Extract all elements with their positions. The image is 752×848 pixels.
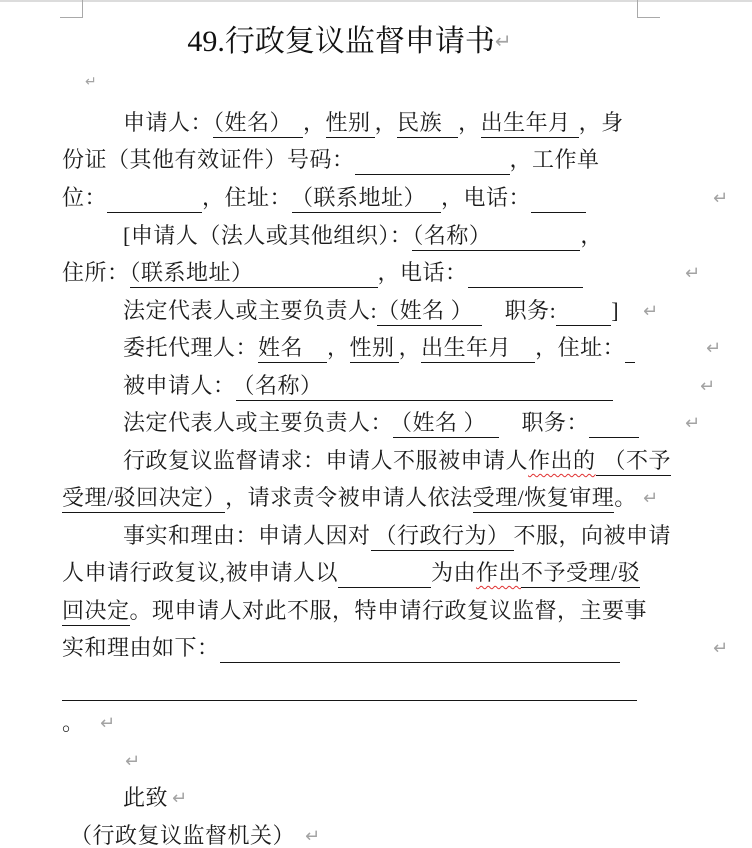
text-run: 申请人： (123, 110, 213, 135)
document-line-10: 法定代表人或主要负责人：（姓名 ） 职务：​↵ (123, 405, 639, 443)
fill-in-blank: ​ (531, 185, 586, 213)
text-run: ] (611, 298, 619, 323)
document-line-11: 行政复议监督请求：申请人不服被申请人作出的（不予 (123, 443, 671, 481)
paragraph-mark-icon: ↵ (700, 372, 715, 401)
text-run: 职务: (482, 298, 556, 323)
fill-in-blank: ​ (220, 635, 620, 663)
text-run: 委托代理人： (123, 335, 258, 360)
text-run: ， (375, 110, 398, 135)
text-boundary-mark-top-right (637, 0, 660, 18)
paragraph-mark-icon: ↵ (643, 484, 658, 513)
fill-in-blank: ​ (468, 260, 583, 288)
document-line-4: 位：​，住址：（联系地址），电话：​↵ (62, 180, 586, 218)
paragraph-mark-icon: ↵ (713, 634, 728, 663)
document-line-18: 。↵ (62, 705, 85, 743)
underlined-field-text: 出生年月 (481, 110, 579, 138)
document-line-3: 份证（其他有效证件）号码：​，工作单 (62, 142, 600, 180)
text-run: 行政复议监督请求：申请人不服被申请人 (123, 448, 528, 473)
text-run: ， (458, 110, 481, 135)
paragraph-mark-icon: ↵ (685, 409, 700, 438)
text-run: 法定代表人或主要负责人: (123, 298, 377, 323)
document-line-17: ​ (62, 668, 637, 706)
paragraph-mark-icon: ↵ (172, 784, 187, 813)
text-run: ， (580, 223, 603, 248)
text-run: ，电话： (441, 185, 531, 210)
underlined-field-text: 受理/驳回决定） (62, 485, 225, 513)
text-run: 位： (62, 185, 107, 210)
text-run: 份证（其他有效证件）号码： (62, 147, 355, 172)
document-line-12: 受理/驳回决定），请求责令被申请人依法受理/恢复审理。↵ (62, 480, 637, 518)
document-line-16: 实和理由如下：​↵ (62, 630, 620, 668)
text-run: ，身 (579, 110, 624, 135)
document-line-14: 人申请行政复议,被申请人以​为由作出不予受理/驳 (62, 555, 640, 593)
document-line-21: （行政复议监督机关）↵ (62, 818, 305, 848)
text-run: 。现申请人对此不服，特申请行政复议监督，主要事 (130, 598, 648, 623)
text-run: 。 (62, 710, 85, 735)
spellcheck-flagged-text: 作出的 (528, 448, 596, 473)
underlined-field-text: （姓名 ） (377, 298, 482, 326)
document-title: 49.行政复议监督申请书↵ (62, 20, 637, 64)
underlined-field-text: （联系地址） (130, 260, 378, 288)
underlined-field-text: 回决定 (62, 598, 130, 626)
fill-in-blank: ​ (62, 673, 637, 701)
paragraph-mark-icon: ↵ (685, 259, 700, 288)
text-run: ，请求责令被申请人依法 (225, 485, 473, 510)
fill-in-blank: ​ (338, 560, 431, 588)
paragraph-mark-icon: ↵ (643, 297, 658, 326)
underlined-field-text: 性别 (326, 110, 375, 138)
text-run: 职务： (499, 410, 589, 435)
text-run: 此致 (123, 785, 168, 810)
paragraph-mark-icon: ↵ (713, 184, 728, 213)
paragraph-mark-icon: ↵ (100, 709, 115, 738)
text-run: ，工作单 (510, 147, 600, 172)
text-run: ，住址： (202, 185, 292, 210)
paragraph-mark-icon: ↵ (495, 29, 512, 53)
text-run: ， (303, 110, 326, 135)
underlined-field-text: （行政复议监督机关） (62, 823, 305, 848)
document-line-7: 法定代表人或主要负责人:（姓名 ） 职务:​]↵ (123, 293, 619, 331)
text-boundary-mark-top-left (60, 0, 83, 18)
fill-in-blank: ​ (107, 185, 202, 213)
underlined-field-text: 性别 (350, 335, 399, 363)
text-run: 法定代表人或主要负责人： (123, 410, 393, 435)
underlined-field-text: （行政行为） (371, 523, 514, 551)
text-run: 不服，向被申请 (514, 523, 672, 548)
document-title-text: 49.行政复议监督申请书 (187, 25, 495, 58)
underlined-field-text: （姓名） (213, 110, 303, 138)
spellcheck-flagged-text: 作出 (476, 560, 521, 585)
text-run: ， (399, 335, 422, 360)
text-run: ，电话： (378, 260, 468, 285)
text-run: 被申请人： (123, 373, 236, 398)
document-line-8: 委托代理人：姓名，性别，出生年月，住址：​↵ (123, 330, 635, 368)
paragraph-mark-icon: ↵ (85, 68, 97, 97)
text-run: ，住址： (535, 335, 625, 360)
underlined-field-text: （姓名 ） (393, 410, 499, 438)
underlined-field-text: 不予受理/驳 (521, 560, 640, 588)
underlined-field-text: 出生年月 (421, 335, 535, 363)
document-line-2: 申请人：（姓名），性别，民族，出生年月，身 (123, 105, 624, 143)
text-run: 为由 (431, 560, 476, 585)
fill-in-blank: ​ (625, 335, 635, 363)
word-document-page[interactable]: 49.行政复议监督申请书↵ ↵申请人：（姓名），性别，民族，出生年月，身份证（其… (0, 0, 752, 848)
text-run: 事实和理由：申请人因对 (123, 523, 371, 548)
paragraph-mark-icon: ↵ (706, 334, 721, 363)
text-run: 。 (614, 485, 637, 510)
text-run: 实和理由如下： (62, 635, 220, 660)
document-line-20: 此致↵ (123, 780, 168, 818)
document-line-15: 回决定。现申请人对此不服，特申请行政复议监督，主要事 (62, 593, 647, 631)
document-line-13: 事实和理由：申请人因对（行政行为）不服，向被申请 (123, 518, 671, 556)
text-run: ， (327, 335, 350, 360)
fill-in-blank: ​ (589, 410, 639, 438)
text-run: 人申请行政复议,被申请人以 (62, 560, 338, 585)
paragraph-mark-icon: ↵ (125, 747, 140, 776)
underlined-field-text: （不予 (596, 448, 672, 476)
document-line-5: [申请人（法人或其他组织）：（名称）， (123, 218, 603, 256)
underlined-field-text: （名称） (412, 223, 580, 251)
document-line-9: 被申请人：（名称）↵ (123, 368, 613, 406)
fill-in-blank: ​ (556, 298, 611, 326)
text-run: 住所： (62, 260, 130, 285)
document-line-6: 住所：（联系地址），电话：​↵ (62, 255, 583, 293)
underlined-field-text: （联系地址） (292, 185, 441, 213)
underlined-field-text: （名称） (236, 373, 613, 401)
fill-in-blank: ​ (355, 147, 510, 175)
underlined-field-text: 民族 (397, 110, 458, 138)
paragraph-mark-icon: ↵ (305, 822, 320, 848)
text-run: [申请人（法人或其他组织）： (123, 223, 412, 248)
underlined-field-text: 姓名 (258, 335, 327, 363)
underlined-field-text: 受理/恢复审理 (473, 485, 615, 513)
